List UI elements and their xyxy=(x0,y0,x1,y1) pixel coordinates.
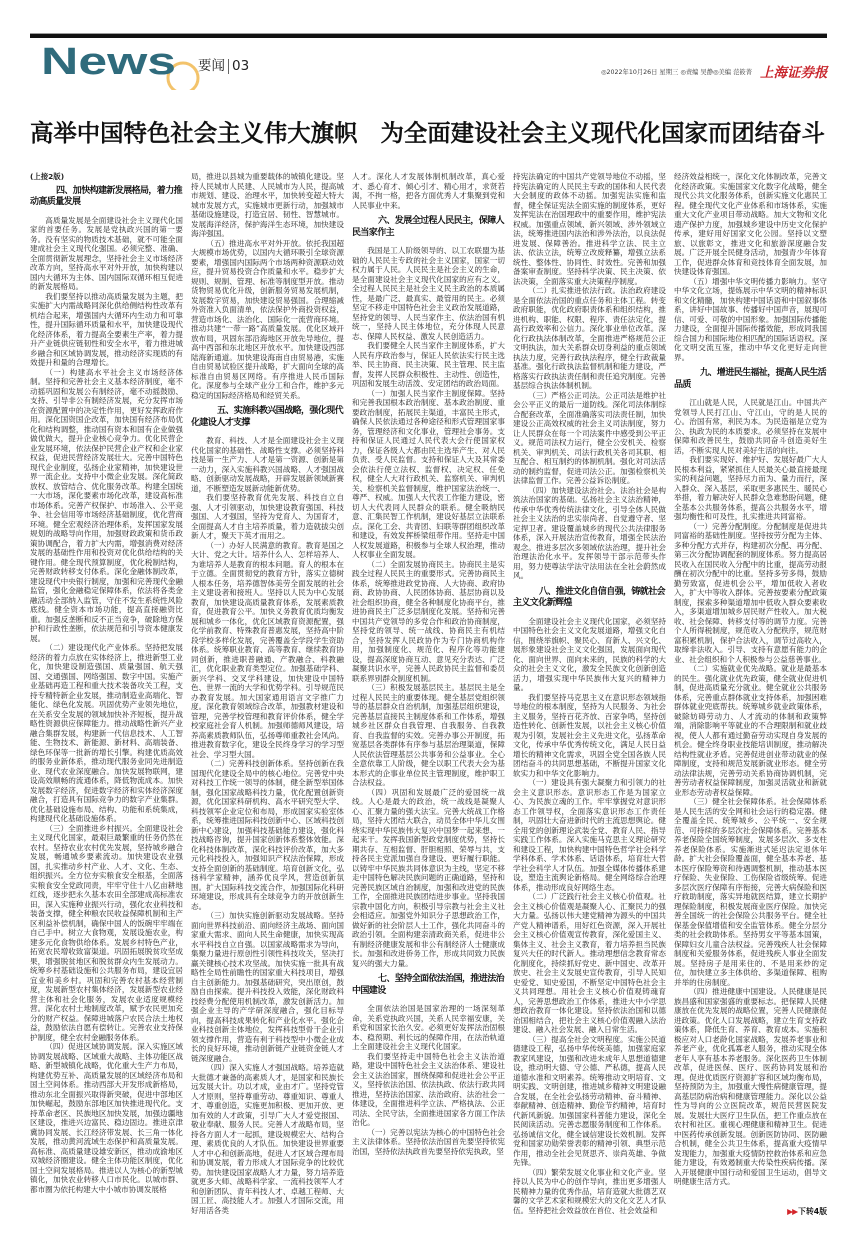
paragraph: 我们要坚持马克思主义在意识形态领域指导地位的根本制度，坚持为人民服务、为社会主义… xyxy=(513,693,666,779)
paragraph: （二）广泛践行社会主义核心价值观。社会主义核心价值观是凝聚人心、汇聚民力的强大力… xyxy=(513,892,666,1035)
paragraph: 我们要坚持以推动高质量发展为主题，把实施扩大内需战略同深化供给侧结构性改革有机结… xyxy=(30,292,183,368)
paragraph: 全面建设社会主义现代化国家，必须坚持中国特色社会主义文化发展道路，增强文化自信，… xyxy=(513,617,666,693)
article-column-1: (上接2版) 四、加快构建新发展格局，着力推动高质量发展 高质量发展是全面建设社… xyxy=(30,172,183,1218)
paragraph: （一）完善以宪法为核心的中国特色社会主义法律体系。坚持依法治国首先要坚持依宪治国… xyxy=(352,1128,505,1157)
section-heading-8: 八、推进文化自信自强，铸就社会主义文化新辉煌 xyxy=(513,587,666,610)
paragraph: 我们要健全人民当家作主制度体系，扩大人民有序政治参与，保证人民依法实行民主选举、… xyxy=(352,341,505,389)
continued-paragraph: 局，推进以县城为重要载体的城镇化建设。坚持人民城市人民建、人民城市为人民，提高城… xyxy=(191,172,344,239)
paragraph: （四）促进区域协调发展。深入实施区域协调发展战略、区域重大战略、主体功能区战略、… xyxy=(30,1042,183,1194)
headline-part-2: 为全面建设社会主义现代化国家而团结奋斗 xyxy=(380,119,824,147)
continued-paragraph: 持宪法确定的中国共产党领导地位不动摇，坚持宪法确定的人民民主专政的国体和人民代表… xyxy=(513,172,666,286)
paragraph: （三）积极发展基层民主。基层民主是全过程人民民主的重要体现。健全基层党组织领导的… xyxy=(352,683,505,788)
paragraph: （四）加快建设法治社会。法治社会是构筑法治国家的基础。弘扬社会主义法治精神，传承… xyxy=(513,486,666,581)
headline-part-1: 高举中国特色社会主义伟大旗帜 xyxy=(30,119,357,147)
paragraph: 江山就是人民，人民就是江山。中国共产党领导人民打江山、守江山，守的是人民的心。治… xyxy=(674,398,827,455)
paragraph: （一）加强人民当家作主制度保障。坚持和完善我国根本政治制度、基本政治制度、重要政… xyxy=(352,389,505,560)
paragraph: （三）严格公正司法。公正司法是维护社会公平正义的最后一道防线。深化司法体制综合配… xyxy=(513,391,666,486)
page-number: 03 xyxy=(232,56,249,76)
continued-paragraph: 经济效益相统一，深化文化体制改革，完善文化经济政策。实施国家文化数字化战略，健全… xyxy=(674,172,827,277)
paragraph: 我国是工人阶级领导的、以工农联盟为基础的人民民主专政的社会主义国家，国家一切权力… xyxy=(352,246,505,341)
paragraph: （三）加快实施创新驱动发展战略。坚持面向世界科技前沿、面向经济主战场、面向国家重… xyxy=(191,911,344,1063)
paragraph: （二）扎实推进依法行政。法治政府建设是全面依法治国的重点任务和主体工程。转变政府… xyxy=(513,286,666,391)
paragraph: 我们要坚持走中国特色社会主义法治道路，建设中国特色社会主义法治体系、建设社会主义… xyxy=(352,1052,505,1128)
paragraph: 全面依法治国是国家治理的一场深刻革命，关系党执政兴国，关系人民幸福安康，关系党和… xyxy=(352,1004,505,1052)
continued-to-note: ▶▶下转4版 xyxy=(674,1207,827,1217)
article-column-5: 经济效益相统一，深化文化体制改革，完善文化经济政策。实施国家文化数字化战略，健全… xyxy=(674,172,827,1206)
continued-to-label: 下转4版 xyxy=(798,1207,827,1216)
paragraph: （三）提高全社会文明程度。实施公民道德建设工程，弘扬中华传统美德，加强家庭家教家… xyxy=(513,1035,666,1168)
paragraph: （一）办好人民满意的教育。教育是国之大计、党之大计。培养什么人、怎样培养人、为谁… xyxy=(191,541,344,760)
paragraph: （三）健全社会保障体系。社会保障体系是人民生活的安全网和社会运行的稳定器。健全覆… xyxy=(674,797,827,987)
paragraph: 教育、科技、人才是全面建设社会主义现代化国家的基础性、战略性支撑。必须坚持科技是… xyxy=(191,436,344,493)
paragraph: （五）增强中华文明传播力影响力。坚守中华文化立场，提炼展示中华文明的精神标识和文… xyxy=(674,277,827,363)
continued-from-note: (上接2版) xyxy=(30,172,183,182)
article-column-2: 局，推进以县城为重要载体的城镇化建设。坚持人民城市人民建、人民城市为人民，提高城… xyxy=(191,172,344,1218)
separator xyxy=(228,59,229,74)
continued-paragraph: 人才。深化人才发展体制机制改革，真心爱才、悉心育才、倾心引才、精心用才，求贤若渴… xyxy=(352,172,505,210)
paragraph: 我们要坚持教育优先发展、科技自立自强、人才引领驱动，加快建设教育强国、科技强国、… xyxy=(191,493,344,541)
section-logo: News xyxy=(41,40,176,84)
paragraph: （四）推进健康中国建设。人民健康是民族昌盛和国家强盛的重要标志。把保障人民健康放… xyxy=(674,987,827,1187)
paragraph: （四）巩固和发展最广泛的爱国统一战线。人心是最大的政治，统一战线是凝聚人心、汇聚… xyxy=(352,788,505,969)
paragraph: （一）构建高水平社会主义市场经济体制。坚持和完善社会主义基本经济制度，毫不动摇巩… xyxy=(30,368,183,644)
article-column-3: 人才。深化人才发展体制机制改革，真心爱才、悉心育才、倾心引才、精心用才，求贤若渴… xyxy=(352,172,505,1218)
paragraph: （三）全面推进乡村振兴。全面建设社会主义现代化国家，最艰巨最繁重的任务仍然在农村… xyxy=(30,824,183,1043)
paragraph: （一）建设具有强大凝聚力和引领力的社会主义意识形态。意识形态工作是为国家立心、为… xyxy=(513,778,666,892)
paragraph: （二）建设现代化产业体系。坚持把发展经济的着力点放在实体经济上，推进新型工业化，… xyxy=(30,643,183,824)
section-heading-6: 六、发展全过程人民民主，保障人民当家作主 xyxy=(352,216,505,239)
section-heading-5: 五、实施科教兴国战略，强化现代化建设人才支撑 xyxy=(191,406,344,429)
paragraph: 高质量发展是全面建设社会主义现代化国家的首要任务。发展是党执政兴国的第一要务。没… xyxy=(30,216,183,292)
article-column-4: 持宪法确定的中国共产党领导地位不动摇，坚持宪法确定的人民民主专政的国体和人民代表… xyxy=(513,172,666,1218)
section-heading-7: 七、坚持全面依法治国，推进法治中国建设 xyxy=(352,974,505,997)
page-headline: 高举中国特色社会主义伟大旗帜为全面建设社会主义现代化国家而团结奋斗 xyxy=(30,119,827,147)
paragraph: （五）推进高水平对外开放。依托我国超大规模市场优势，以国内大循环吸引全球资源要素… xyxy=(191,239,344,401)
paragraph: （四）深入实施人才强国战略。培养造就大批德才兼备的高素质人才，是国家和民族长远发… xyxy=(191,1063,344,1215)
paragraph: （二）实施就业优先战略。就业是最基本的民生。强化就业优先政策，健全就业促进机制，… xyxy=(674,664,827,797)
paragraph: （二）完善科技创新体系。坚持创新在我国现代化建设全局中的核心地位。完善党中央对科… xyxy=(191,759,344,911)
paragraph: （一）完善分配制度。分配制度是促进共同富裕的基础性制度。坚持按劳分配为主体、多种… xyxy=(674,522,827,665)
paragraph: 我们要实现好、维护好、发展好最广大人民根本利益，紧紧抓住人民最关心最直接最现实的… xyxy=(674,455,827,522)
dateline: ◎2022年10月26日 星期三 ◎责编 吴静◎美编 范筱菁 xyxy=(601,68,752,78)
section-heading-9: 九、增进民生福祉，提高人民生活品质 xyxy=(674,368,827,391)
double-arrow-icon: ▶▶ xyxy=(787,1207,797,1216)
masthead-rule xyxy=(30,33,827,38)
section-heading-4: 四、加快构建新发展格局，着力推动高质量发展 xyxy=(30,186,183,209)
newspaper-name-logo: 上海证券报 xyxy=(760,63,828,83)
paragraph: （二）全面发展协商民主。协商民主是实践全过程人民民主的重要形式。完善协商民主体系… xyxy=(352,560,505,684)
paragraph: （四）繁荣发展文化事业和文化产业。坚持以人民为中心的创作导向，推出更多增强人民精… xyxy=(513,1168,666,1216)
section-tag: 要闻 03 xyxy=(198,56,249,76)
